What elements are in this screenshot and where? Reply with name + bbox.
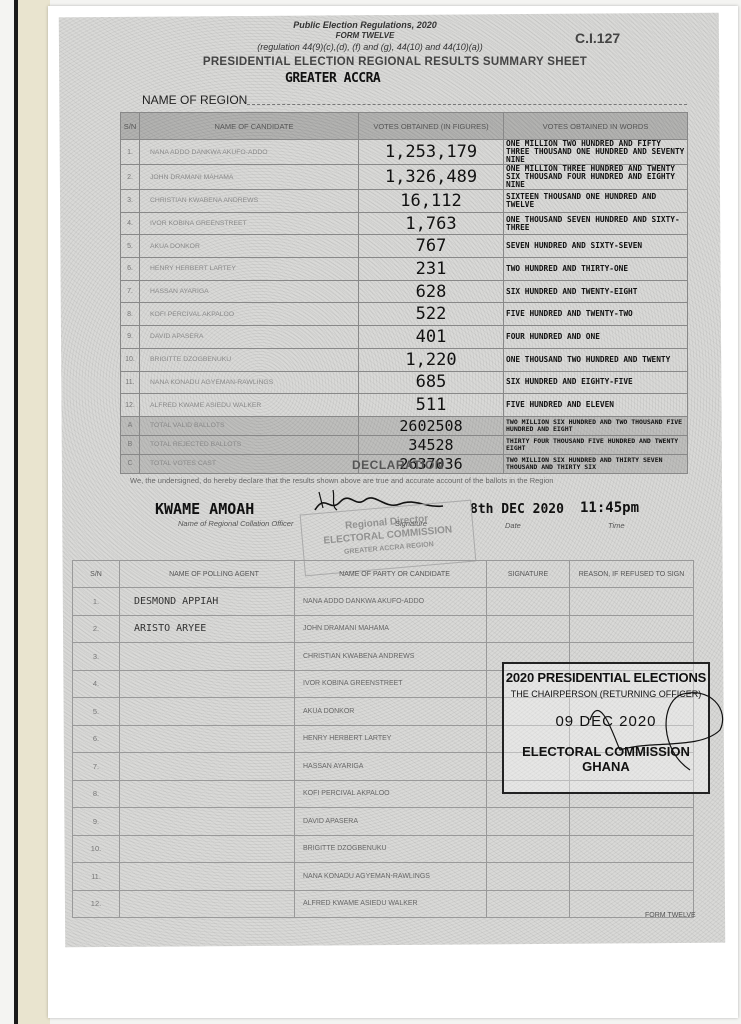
candidate-name: HASSAN AYARIGA [140, 280, 359, 303]
agent-signature [487, 588, 570, 616]
candidate-row: 2.JOHN DRAMANI MAHAMA1,326,489ONE MILLIO… [121, 165, 688, 190]
agent-name [120, 835, 295, 863]
totals-sn: B [121, 435, 140, 454]
votes-words: ONE THOUSAND TWO HUNDRED AND TWENTY [504, 348, 688, 371]
totals-sn: C [121, 454, 140, 473]
candidate-name: AKUA DONKOR [140, 235, 359, 258]
totals-sn: A [121, 416, 140, 435]
totals-words: THIRTY FOUR THOUSAND FIVE HUNDRED AND TW… [504, 435, 688, 454]
agents-header-signature: SIGNATURE [487, 561, 570, 588]
agents-header-agent: NAME OF POLLING AGENT [120, 561, 295, 588]
candidate-sn: 2. [121, 165, 140, 190]
agent-refusal-reason [570, 863, 694, 891]
agent-party: HASSAN AYARIGA [295, 753, 487, 781]
totals-words: TWO MILLION SIX HUNDRED AND TWO THOUSAND… [504, 416, 688, 435]
candidate-name: DAVID APASERA [140, 326, 359, 349]
totals-words: TWO MILLION SIX HUNDRED AND THIRTY SEVEN… [504, 454, 688, 473]
candidate-sn: 3. [121, 190, 140, 213]
signing-date: 8th DEC 2020 [470, 502, 564, 517]
agent-sn: 4. [73, 670, 120, 698]
form-footer: FORM TWELVE [645, 912, 696, 919]
agent-sn: 3. [73, 643, 120, 671]
votes-words: SIX HUNDRED AND EIGHTY-FIVE [504, 371, 688, 394]
regulation-title: Public Election Regulations, 2020 [260, 20, 470, 30]
agent-signature [487, 835, 570, 863]
agent-sn: 7. [73, 753, 120, 781]
agent-signature [487, 890, 570, 918]
candidate-sn: 9. [121, 326, 140, 349]
votes-figures: 685 [359, 371, 504, 394]
candidate-name: JOHN DRAMANI MAHAMA [140, 165, 359, 190]
form-number: FORM TWELVE [260, 31, 470, 40]
regulation-reference: (regulation 44(9)(c),(d), (f) and (g), 4… [220, 42, 520, 52]
candidate-row: 11.NANA KONADU AGYEMAN-RAWLINGS685SIX HU… [121, 371, 688, 394]
agent-party: NANA KONADU AGYEMAN-RAWLINGS [295, 863, 487, 891]
agent-party: CHRISTIAN KWABENA ANDREWS [295, 643, 487, 671]
agent-name [120, 670, 295, 698]
votes-figures: 401 [359, 326, 504, 349]
agent-refusal-reason [570, 835, 694, 863]
agent-row: 10.BRIGITTE DZOGBENUKU [73, 835, 694, 863]
agent-name [120, 808, 295, 836]
votes-figures: 1,253,179 [359, 140, 504, 165]
votes-words: SEVEN HUNDRED AND SIXTY-SEVEN [504, 235, 688, 258]
totals-label: TOTAL REJECTED BALLOTS [140, 435, 359, 454]
totals-row: BTOTAL REJECTED BALLOTS34528THIRTY FOUR … [121, 435, 688, 454]
candidate-name: NANA KONADU AGYEMAN-RAWLINGS [140, 371, 359, 394]
agent-refusal-reason [570, 615, 694, 643]
votes-figures: 231 [359, 258, 504, 281]
agent-name [120, 725, 295, 753]
candidate-sn: 6. [121, 258, 140, 281]
ci-number: C.I.127 [575, 30, 620, 46]
agent-name [120, 890, 295, 918]
totals-label: TOTAL VALID BALLOTS [140, 416, 359, 435]
candidate-name: IVOR KOBINA GREENSTREET [140, 212, 359, 235]
votes-figures: 1,220 [359, 348, 504, 371]
agent-refusal-reason [570, 588, 694, 616]
votes-words: ONE MILLION TWO HUNDRED AND FIFTY THREE … [504, 140, 688, 165]
header-sn: S/N [121, 113, 140, 140]
agent-party: BRIGITTE DZOGBENUKU [295, 835, 487, 863]
candidate-row: 4.IVOR KOBINA GREENSTREET1,763ONE THOUSA… [121, 212, 688, 235]
region-value: GREATER ACCRA [285, 71, 380, 86]
candidate-sn: 5. [121, 235, 140, 258]
candidate-sn: 4. [121, 212, 140, 235]
agent-sn: 8. [73, 780, 120, 808]
agents-header-sn: S/N [73, 561, 120, 588]
candidate-sn: 8. [121, 303, 140, 326]
agent-refusal-reason [570, 808, 694, 836]
returning-officer-signature [560, 680, 730, 780]
votes-words: FIVE HUNDRED AND ELEVEN [504, 394, 688, 417]
agent-party: AKUA DONKOR [295, 698, 487, 726]
agents-header-reason: REASON, IF REFUSED TO SIGN [570, 561, 694, 588]
agent-sn: 6. [73, 725, 120, 753]
votes-words: FOUR HUNDRED AND ONE [504, 326, 688, 349]
votes-figures: 511 [359, 394, 504, 417]
candidate-row: 5.AKUA DONKOR767SEVEN HUNDRED AND SIXTY-… [121, 235, 688, 258]
agent-sn: 9. [73, 808, 120, 836]
header-figures: VOTES OBTAINED (IN FIGURES) [359, 113, 504, 140]
votes-words: TWO HUNDRED AND THIRTY-ONE [504, 258, 688, 281]
votes-figures: 1,326,489 [359, 165, 504, 190]
votes-words: SIX HUNDRED AND TWENTY-EIGHT [504, 280, 688, 303]
agent-row: 2.ARISTO ARYEEJOHN DRAMANI MAHAMA [73, 615, 694, 643]
agent-signature [487, 808, 570, 836]
region-label: NAME OF REGION [142, 93, 247, 107]
candidate-sn: 7. [121, 280, 140, 303]
totals-figures: 34528 [359, 435, 504, 454]
agent-name [120, 698, 295, 726]
agent-party: IVOR KOBINA GREENSTREET [295, 670, 487, 698]
candidate-row: 12.ALFRED KWAME ASIEDU WALKER511FIVE HUN… [121, 394, 688, 417]
agent-sn: 11. [73, 863, 120, 891]
agent-sn: 12. [73, 890, 120, 918]
agent-row: 11.NANA KONADU AGYEMAN-RAWLINGS [73, 863, 694, 891]
candidate-name: ALFRED KWAME ASIEDU WALKER [140, 394, 359, 417]
agents-header-party: NAME OF PARTY OR CANDIDATE [295, 561, 487, 588]
votes-words: ONE THOUSAND SEVEN HUNDRED AND SIXTY-THR… [504, 212, 688, 235]
officer-name-label: Name of Regional Collation Officer [178, 519, 293, 528]
agent-sn: 2. [73, 615, 120, 643]
agent-name: DESMOND APPIAH [120, 588, 295, 616]
votes-figures: 628 [359, 280, 504, 303]
candidate-row: 9.DAVID APASERA401FOUR HUNDRED AND ONE [121, 326, 688, 349]
agent-signature [487, 863, 570, 891]
signing-time: 11:45pm [580, 500, 639, 516]
agent-name [120, 863, 295, 891]
header-words: VOTES OBTAINED IN WORDS [504, 113, 688, 140]
candidate-sn: 10. [121, 348, 140, 371]
results-header-row: S/N NAME OF CANDIDATE VOTES OBTAINED (IN… [121, 113, 688, 140]
totals-row: ATOTAL VALID BALLOTS2602508TWO MILLION S… [121, 416, 688, 435]
agent-row: 9.DAVID APASERA [73, 808, 694, 836]
agent-party: NANA ADDO DANKWA AKUFO-ADDO [295, 588, 487, 616]
officer-name: KWAME AMOAH [155, 500, 254, 518]
votes-figures: 522 [359, 303, 504, 326]
document-title: PRESIDENTIAL ELECTION REGIONAL RESULTS S… [185, 56, 605, 68]
totals-label: TOTAL VOTES CAST [140, 454, 359, 473]
time-label: Time [608, 521, 625, 530]
agent-sn: 5. [73, 698, 120, 726]
agents-header-row: S/N NAME OF POLLING AGENT NAME OF PARTY … [73, 561, 694, 588]
agent-name: ARISTO ARYEE [120, 615, 295, 643]
header-candidate: NAME OF CANDIDATE [140, 113, 359, 140]
agent-sn: 1. [73, 588, 120, 616]
agent-party: KOFI PERCIVAL AKPALOO [295, 780, 487, 808]
candidate-name: BRIGITTE DZOGBENUKU [140, 348, 359, 371]
votes-words: SIXTEEN THOUSAND ONE HUNDRED AND TWELVE [504, 190, 688, 213]
declaration-title: DECLARATION [352, 458, 444, 472]
results-table: S/N NAME OF CANDIDATE VOTES OBTAINED (IN… [120, 112, 688, 474]
agent-name [120, 643, 295, 671]
candidate-sn: 1. [121, 140, 140, 165]
candidate-name: KOFI PERCIVAL AKPALOO [140, 303, 359, 326]
candidate-row: 3.CHRISTIAN KWABENA ANDREWS16,112SIXTEEN… [121, 190, 688, 213]
candidate-row: 1.NANA ADDO DANKWA AKUFO-ADDO1,253,179ON… [121, 140, 688, 165]
declaration-text: We, the undersigned, do hereby declare t… [130, 476, 553, 485]
region-underline [247, 104, 687, 105]
candidate-row: 8.KOFI PERCIVAL AKPALOO522FIVE HUNDRED A… [121, 303, 688, 326]
candidate-name: HENRY HERBERT LARTEY [140, 258, 359, 281]
votes-words: FIVE HUNDRED AND TWENTY-TWO [504, 303, 688, 326]
totals-figures: 2602508 [359, 416, 504, 435]
agent-row: 1.DESMOND APPIAHNANA ADDO DANKWA AKUFO-A… [73, 588, 694, 616]
candidate-name: NANA ADDO DANKWA AKUFO-ADDO [140, 140, 359, 165]
candidate-row: 6.HENRY HERBERT LARTEY231TWO HUNDRED AND… [121, 258, 688, 281]
candidate-name: CHRISTIAN KWABENA ANDREWS [140, 190, 359, 213]
agent-row: 12.ALFRED KWAME ASIEDU WALKER [73, 890, 694, 918]
agent-name [120, 780, 295, 808]
agent-name [120, 753, 295, 781]
votes-figures: 16,112 [359, 190, 504, 213]
candidate-sn: 12. [121, 394, 140, 417]
agent-party: JOHN DRAMANI MAHAMA [295, 615, 487, 643]
votes-figures: 1,763 [359, 212, 504, 235]
candidate-sn: 11. [121, 371, 140, 394]
agent-party: DAVID APASERA [295, 808, 487, 836]
candidate-row: 10.BRIGITTE DZOGBENUKU1,220ONE THOUSAND … [121, 348, 688, 371]
candidate-row: 7.HASSAN AYARIGA628SIX HUNDRED AND TWENT… [121, 280, 688, 303]
votes-words: ONE MILLION THREE HUNDRED AND TWENTY SIX… [504, 165, 688, 190]
agent-sn: 10. [73, 835, 120, 863]
votes-figures: 767 [359, 235, 504, 258]
date-label: Date [505, 521, 521, 530]
agent-party: HENRY HERBERT LARTEY [295, 725, 487, 753]
agent-signature [487, 615, 570, 643]
agent-party: ALFRED KWAME ASIEDU WALKER [295, 890, 487, 918]
scanner-backdrop [14, 0, 50, 1024]
